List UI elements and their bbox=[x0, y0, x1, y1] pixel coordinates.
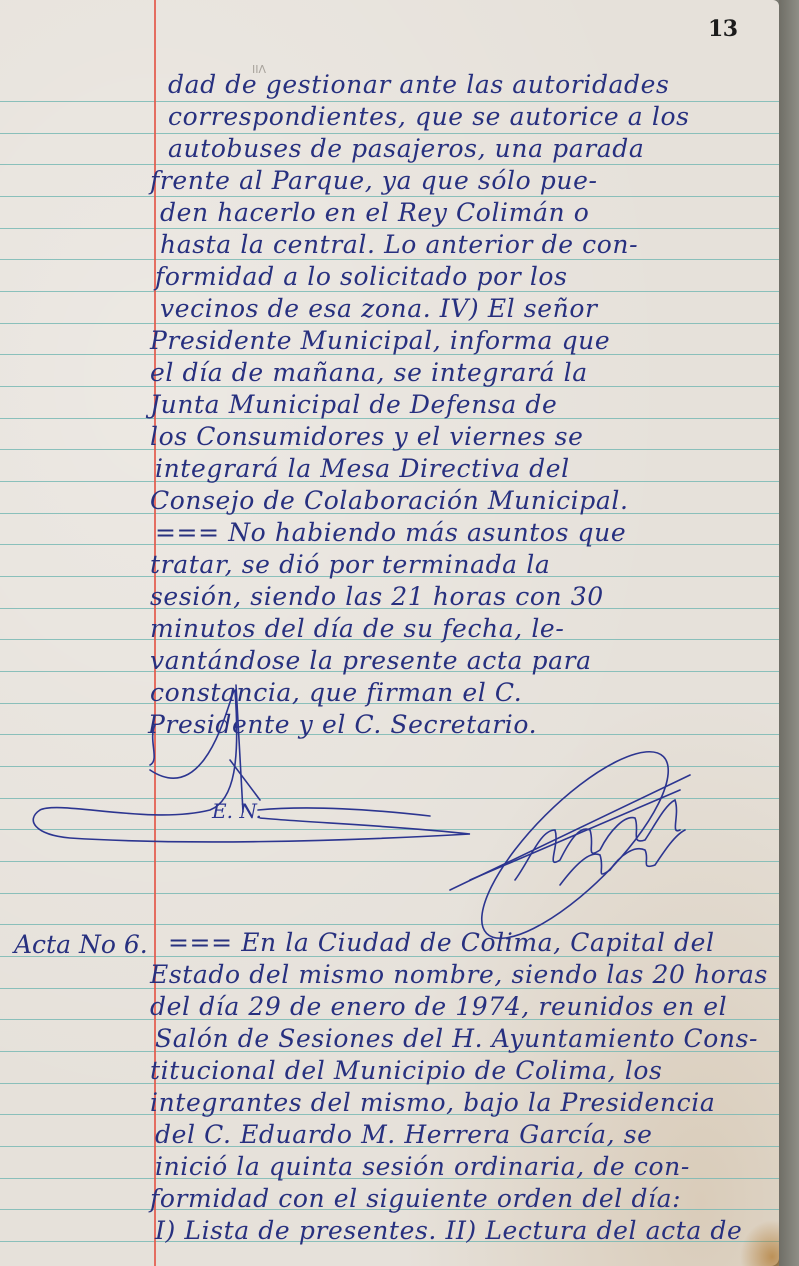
left-signature-initials: E. N. bbox=[211, 799, 262, 823]
text-line: integrará la Mesa Directiva del bbox=[155, 456, 570, 481]
text-line: vantándose la presente acta para bbox=[150, 648, 592, 673]
rule-line bbox=[0, 196, 779, 197]
text-line: correspondientes, que se autorice a los bbox=[168, 104, 690, 129]
paper-stain bbox=[740, 1220, 780, 1266]
text-line: Estado del mismo nombre, siendo las 20 h… bbox=[150, 962, 768, 987]
acta-number-label: Acta No 6. bbox=[14, 930, 148, 959]
rule-line bbox=[0, 291, 779, 292]
text-line: hasta la central. Lo anterior de con- bbox=[160, 232, 638, 257]
rule-line bbox=[0, 323, 779, 324]
text-line: I) Lista de presentes. II) Lectura del a… bbox=[155, 1218, 742, 1243]
text-line: constancia, que firman el C. bbox=[150, 680, 522, 705]
text-line: autobuses de pasajeros, una parada bbox=[168, 136, 644, 161]
text-line: dad de gestionar ante las autoridades bbox=[168, 72, 669, 97]
text-line: del día 29 de enero de 1974, reunidos en… bbox=[150, 994, 727, 1019]
text-line: === En la Ciudad de Colima, Capital del bbox=[168, 930, 715, 955]
rule-line bbox=[0, 924, 779, 925]
right-signature-cursive bbox=[515, 800, 685, 885]
text-line: Salón de Sesiones del H. Ayuntamiento Co… bbox=[155, 1026, 758, 1051]
rule-line bbox=[0, 861, 779, 862]
text-line: inició la quinta sesión ordinaria, de co… bbox=[155, 1154, 690, 1179]
rule-line bbox=[0, 228, 779, 229]
rule-line bbox=[0, 829, 779, 830]
page-number: 13 bbox=[708, 16, 738, 42]
text-line: los Consumidores y el viernes se bbox=[150, 424, 583, 449]
text-line: titucional del Municipio de Colima, los bbox=[150, 1058, 662, 1083]
text-line: vecinos de esa zona. IV) El señor bbox=[160, 296, 598, 321]
text-line: Presidente y el C. Secretario. bbox=[148, 712, 537, 737]
text-line: === No habiendo más asuntos que bbox=[155, 520, 626, 545]
text-line: frente al Parque, ya que sólo pue- bbox=[150, 168, 598, 193]
text-line: minutos del día de su fecha, le- bbox=[150, 616, 564, 641]
ledger-page: 13 VII dad de gestionar ante las autorid… bbox=[0, 0, 779, 1266]
text-line: Junta Municipal de Defensa de bbox=[150, 392, 557, 417]
text-line: integrantes del mismo, bajo la Presidenc… bbox=[150, 1090, 715, 1115]
text-line: den hacerlo en el Rey Colimán o bbox=[160, 200, 589, 225]
text-line: Consejo de Colaboración Municipal. bbox=[150, 488, 629, 513]
rule-line bbox=[0, 259, 779, 260]
text-line: tratar, se dió por terminada la bbox=[150, 552, 550, 577]
text-line: Presidente Municipal, informa que bbox=[150, 328, 610, 353]
book-edge bbox=[779, 0, 799, 1266]
text-line: formidad con el siguiente orden del día: bbox=[150, 1186, 681, 1211]
text-line: formidad a lo solicitado por los bbox=[155, 264, 568, 289]
rule-line bbox=[0, 798, 779, 799]
rule-line bbox=[0, 164, 779, 165]
rule-line bbox=[0, 766, 779, 767]
right-signature-strike bbox=[450, 775, 690, 890]
text-line: del C. Eduardo M. Herrera García, se bbox=[155, 1122, 653, 1147]
text-line: sesión, siendo las 21 horas con 30 bbox=[150, 584, 604, 609]
rule-line bbox=[0, 893, 779, 894]
text-line: el día de mañana, se integrará la bbox=[150, 360, 588, 385]
